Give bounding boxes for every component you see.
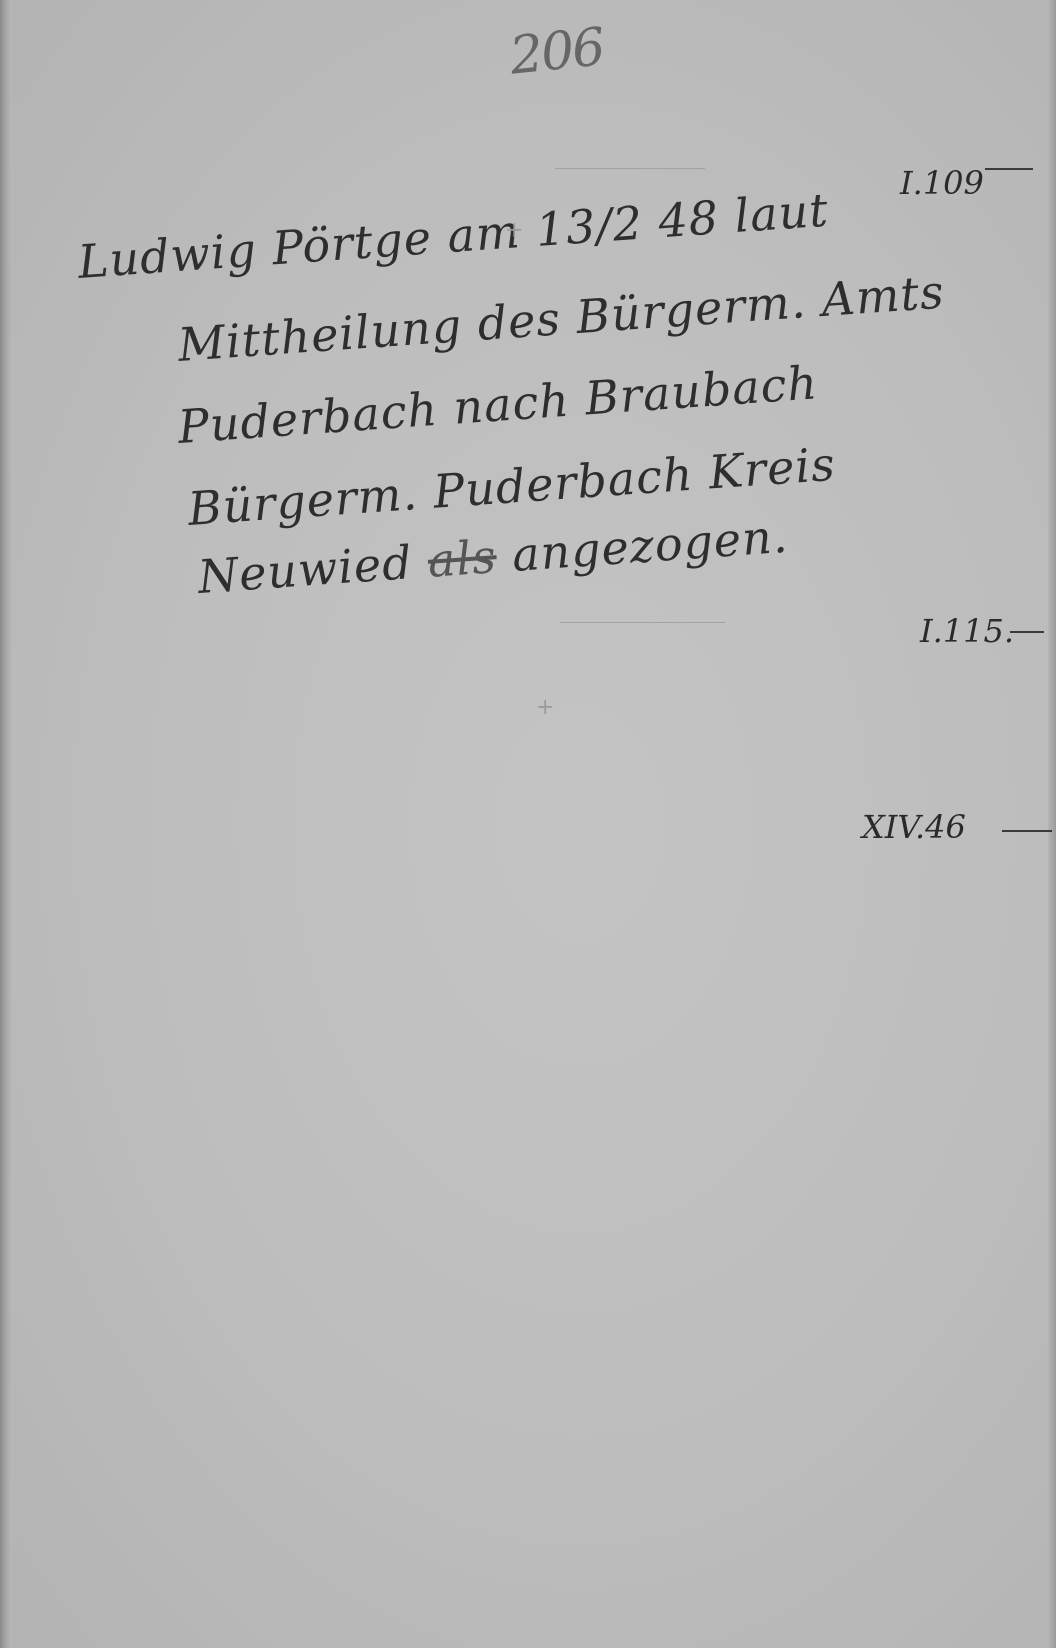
text-line-1: Ludwig Pörtge am 13/2 48 laut bbox=[76, 183, 830, 289]
line5-tail: angezogen. bbox=[510, 509, 790, 582]
text-line-3: Puderbach nach Braubach bbox=[176, 355, 820, 454]
faint-cross-mark: + bbox=[536, 695, 554, 720]
faint-rule bbox=[560, 622, 725, 623]
page-right-edge bbox=[1048, 0, 1056, 1648]
margin-dash bbox=[1010, 631, 1044, 633]
margin-dash bbox=[1002, 830, 1052, 832]
folio-number: 206 bbox=[507, 17, 606, 86]
struck-word: als bbox=[426, 529, 498, 588]
page-left-edge bbox=[0, 0, 12, 1648]
margin-ref-1: I.109 bbox=[900, 164, 984, 202]
margin-ref-2: I.115. bbox=[920, 612, 1014, 650]
line5-word: Neuwied bbox=[196, 535, 414, 604]
margin-ref-3: XIV.46 bbox=[862, 808, 966, 846]
faint-cross-mark: + bbox=[505, 218, 523, 243]
document-page: 206 I.109 Ludwig Pörtge am 13/2 48 laut … bbox=[0, 0, 1056, 1648]
faint-rule bbox=[555, 168, 705, 169]
text-line-2: Mittheilung des Bürgerm. Amts bbox=[176, 264, 946, 371]
margin-dash bbox=[985, 168, 1033, 170]
